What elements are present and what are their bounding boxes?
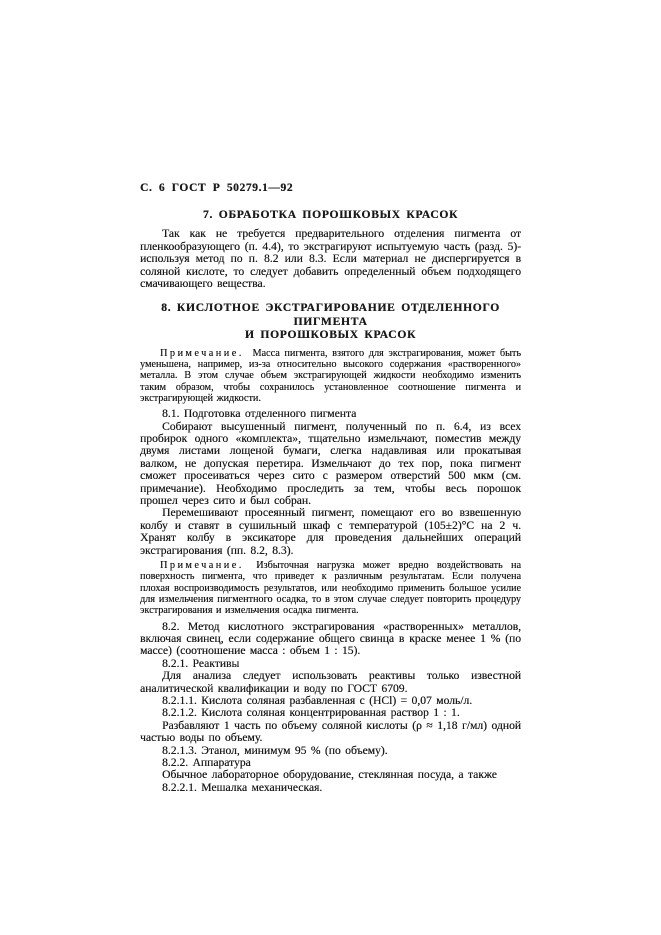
- paragraph-reagents-requirement: Для анализа следует использовать реактив…: [140, 670, 521, 695]
- scanned-document-page: С. 6 ГОСТ Р 50279.1—92 7. ОБРАБОТКА ПОРО…: [0, 0, 661, 935]
- clause-8-2-2-1-mixer: 8.2.2.1. Мешалка механическая.: [140, 782, 521, 794]
- section-8-heading: 8. КИСЛОТНОЕ ЭКСТРАГИРОВАНИЕ ОТДЕЛЕННОГО…: [140, 301, 521, 341]
- page-header: С. 6 ГОСТ Р 50279.1—92: [140, 182, 521, 194]
- paragraph-acid-dilution: Разбавляют 1 часть по объему соляной кис…: [140, 720, 521, 745]
- note-label: Примечание.: [160, 348, 244, 359]
- paragraph-powder-paints-intro: Так как не требуется предварительного от…: [140, 228, 521, 290]
- clause-8-2-1-2-concentrated-acid: 8.2.1.2. Кислота соляная концентрированн…: [140, 707, 521, 719]
- note-pigment-mass: Примечание. Масса пигмента, взятого для …: [140, 348, 521, 404]
- section-7-heading: 7. ОБРАБОТКА ПОРОШКОВЫХ КРАСОК: [140, 208, 521, 221]
- section-7-heading-text: 7. ОБРАБОТКА ПОРОШКОВЫХ КРАСОК: [203, 208, 458, 221]
- paragraph-pigment-grinding: Собирают высушенный пигмент, полученный …: [140, 421, 521, 508]
- paragraph-pigment-drying: Перемешивают просеянный пигмент, помещаю…: [140, 507, 521, 557]
- note-label: Примечание.: [160, 560, 244, 571]
- clause-8-1-heading: 8.1. Подготовка отделенного пигмента: [140, 408, 521, 420]
- section-8-heading-line1: 8. КИСЛОТНОЕ ЭКСТРАГИРОВАНИЕ ОТДЕЛЕННОГО…: [161, 301, 500, 327]
- note-excess-load: Примечание. Избыточная нагрузка может вр…: [140, 560, 521, 616]
- paragraph-lab-equipment: Обычное лабораторное оборудование, стекл…: [140, 769, 521, 781]
- document-content: С. 6 ГОСТ Р 50279.1—92 7. ОБРАБОТКА ПОРО…: [140, 182, 521, 794]
- clause-8-2-method: 8.2. Метод кислотного экстрагирования «р…: [140, 621, 521, 658]
- section-8-heading-line2: И ПОРОШКОВЫХ КРАСОК: [245, 328, 416, 341]
